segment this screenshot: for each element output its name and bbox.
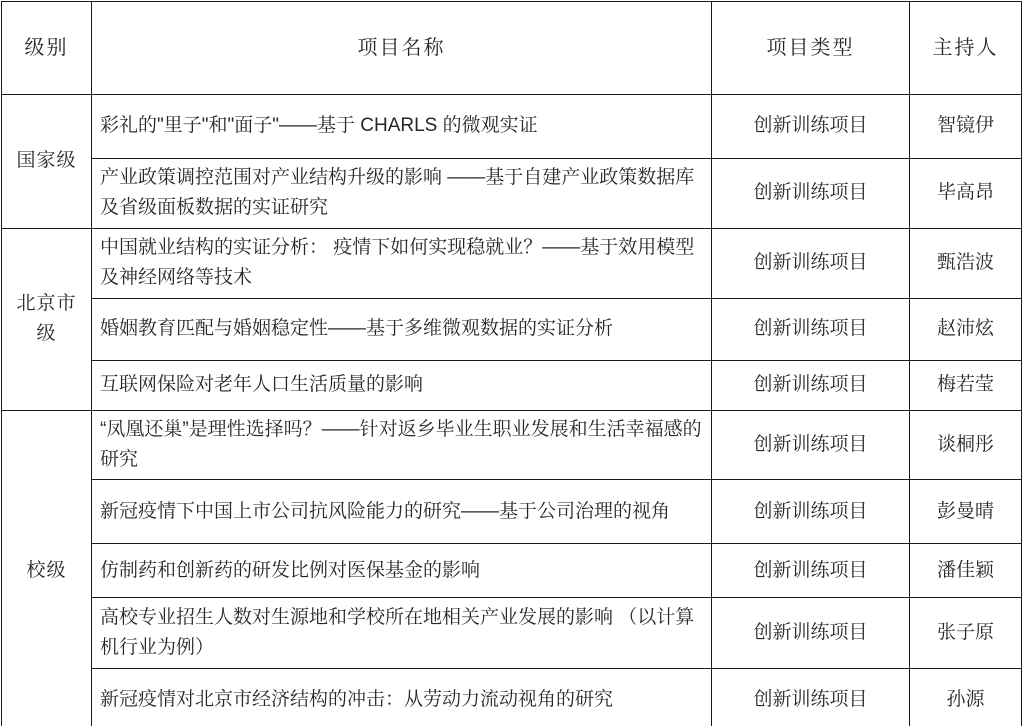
project-leader-cell: 甄浩波 bbox=[910, 228, 1022, 298]
table-row: 校级 “凤凰还巢”是理性选择吗？——针对返乡毕业生职业发展和生活幸福感的研究 创… bbox=[2, 410, 1022, 480]
project-name-cell: “凤凰还巢”是理性选择吗？——针对返乡毕业生职业发展和生活幸福感的研究 bbox=[92, 410, 712, 480]
project-leader-cell: 潘佳颖 bbox=[910, 544, 1022, 598]
level-cell-national: 国家级 bbox=[2, 95, 92, 229]
table-header-row: 级别 项目名称 项目类型 主持人 bbox=[2, 2, 1022, 95]
project-type-cell: 创新训练项目 bbox=[712, 159, 910, 229]
project-leader-cell: 张子原 bbox=[910, 598, 1022, 669]
column-header-leader: 主持人 bbox=[910, 2, 1022, 95]
project-leader-cell: 孙源 bbox=[910, 669, 1022, 726]
table-row: 仿制药和创新药的研发比例对医保基金的影响 创新训练项目 潘佳颖 bbox=[2, 544, 1022, 598]
project-name-cell: 互联网保险对老年人口生活质量的影响 bbox=[92, 360, 712, 410]
project-type-cell: 创新训练项目 bbox=[712, 669, 910, 726]
project-leader-cell: 梅若莹 bbox=[910, 360, 1022, 410]
project-type-cell: 创新训练项目 bbox=[712, 598, 910, 669]
project-name-cell: 产业政策调控范围对产业结构升级的影响 ——基于自建产业政策数据库及省级面板数据的… bbox=[92, 159, 712, 229]
project-name-cell: 婚姻教育匹配与婚姻稳定性——基于多维微观数据的实证分析 bbox=[92, 298, 712, 360]
table-row: 新冠疫情下中国上市公司抗风险能力的研究——基于公司治理的视角 创新训练项目 彭曼… bbox=[2, 480, 1022, 544]
table-row: 国家级 彩礼的"里子"和"面子"——基于 CHARLS 的微观实证 创新训练项目… bbox=[2, 95, 1022, 159]
project-type-cell: 创新训练项目 bbox=[712, 544, 910, 598]
project-type-cell: 创新训练项目 bbox=[712, 480, 910, 544]
project-type-cell: 创新训练项目 bbox=[712, 298, 910, 360]
document-page: 级别 项目名称 项目类型 主持人 国家级 彩礼的"里子"和"面子"——基于 CH… bbox=[1, 1, 1021, 723]
column-header-type: 项目类型 bbox=[712, 2, 910, 95]
project-type-cell: 创新训练项目 bbox=[712, 228, 910, 298]
project-name-cell: 新冠疫情对北京市经济结构的冲击：从劳动力流动视角的研究 bbox=[92, 669, 712, 726]
column-header-level: 级别 bbox=[2, 2, 92, 95]
table-row: 婚姻教育匹配与婚姻稳定性——基于多维微观数据的实证分析 创新训练项目 赵沛炫 bbox=[2, 298, 1022, 360]
project-name-cell: 新冠疫情下中国上市公司抗风险能力的研究——基于公司治理的视角 bbox=[92, 480, 712, 544]
project-leader-cell: 智镜伊 bbox=[910, 95, 1022, 159]
level-cell-beijing: 北京市级 bbox=[2, 228, 92, 410]
table-row: 北京市级 中国就业结构的实证分析： 疫情下如何实现稳就业？——基于效用模型及神经… bbox=[2, 228, 1022, 298]
project-leader-cell: 彭曼晴 bbox=[910, 480, 1022, 544]
project-type-cell: 创新训练项目 bbox=[712, 360, 910, 410]
projects-table: 级别 项目名称 项目类型 主持人 国家级 彩礼的"里子"和"面子"——基于 CH… bbox=[1, 1, 1022, 726]
project-type-cell: 创新训练项目 bbox=[712, 410, 910, 480]
table-row: 互联网保险对老年人口生活质量的影响 创新训练项目 梅若莹 bbox=[2, 360, 1022, 410]
table-row: 新冠疫情对北京市经济结构的冲击：从劳动力流动视角的研究 创新训练项目 孙源 bbox=[2, 669, 1022, 726]
table-row: 高校专业招生人数对生源地和学校所在地相关产业发展的影响 （以计算机行业为例） 创… bbox=[2, 598, 1022, 669]
column-header-name: 项目名称 bbox=[92, 2, 712, 95]
project-leader-cell: 毕高昂 bbox=[910, 159, 1022, 229]
project-name-cell: 中国就业结构的实证分析： 疫情下如何实现稳就业？——基于效用模型及神经网络等技术 bbox=[92, 228, 712, 298]
project-name-cell: 仿制药和创新药的研发比例对医保基金的影响 bbox=[92, 544, 712, 598]
project-leader-cell: 谈桐彤 bbox=[910, 410, 1022, 480]
table-row: 产业政策调控范围对产业结构升级的影响 ——基于自建产业政策数据库及省级面板数据的… bbox=[2, 159, 1022, 229]
project-type-cell: 创新训练项目 bbox=[712, 95, 910, 159]
level-cell-university: 校级 bbox=[2, 410, 92, 726]
project-name-cell: 彩礼的"里子"和"面子"——基于 CHARLS 的微观实证 bbox=[92, 95, 712, 159]
project-name-cell: 高校专业招生人数对生源地和学校所在地相关产业发展的影响 （以计算机行业为例） bbox=[92, 598, 712, 669]
project-leader-cell: 赵沛炫 bbox=[910, 298, 1022, 360]
